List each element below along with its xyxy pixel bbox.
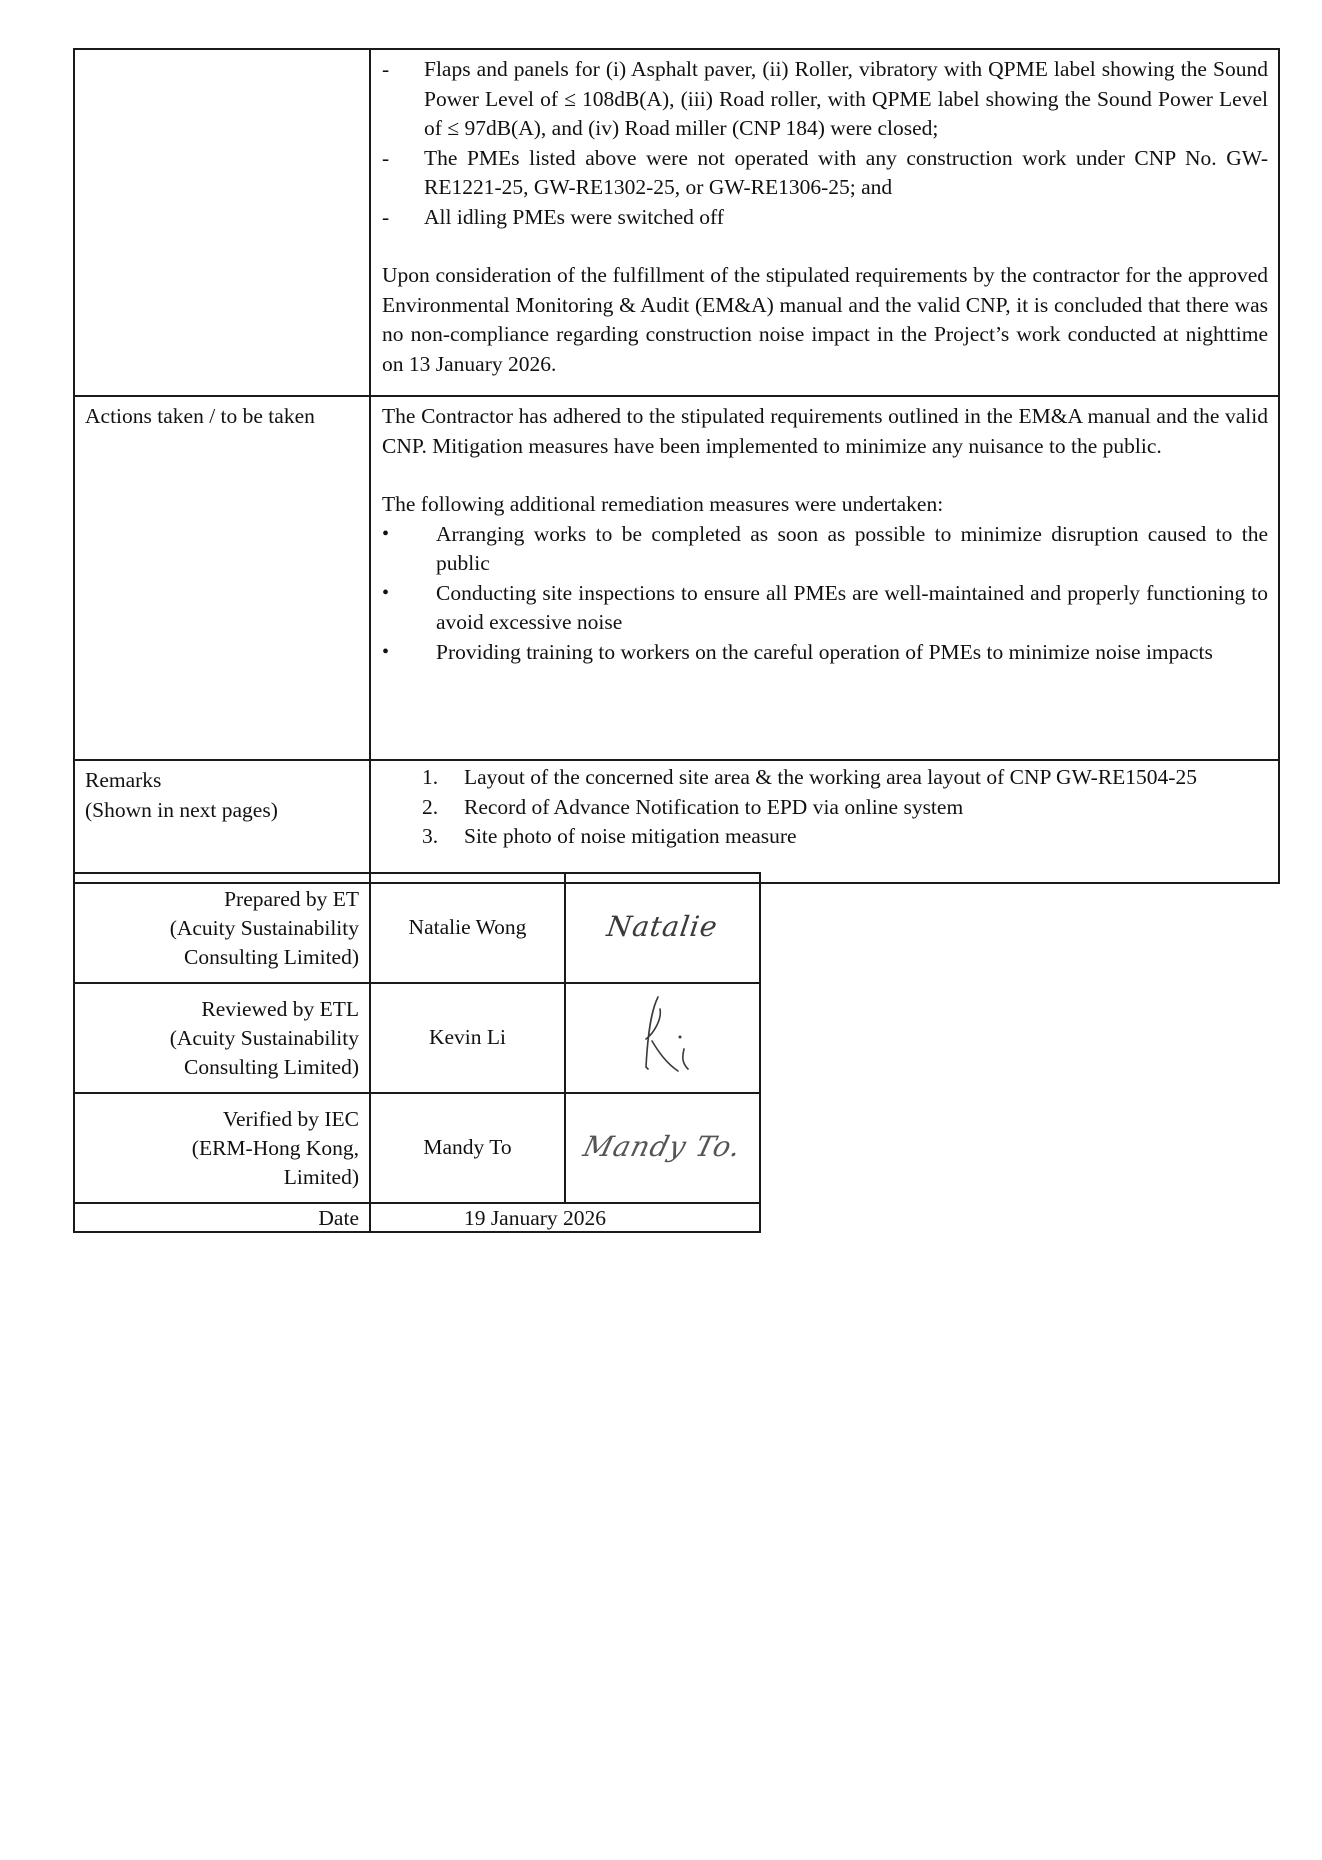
dash-marker: - [382,55,402,85]
remediation-list: •Arranging works to be completed as soon… [382,520,1268,668]
list-item: 2.Record of Advance Notification to EPD … [382,793,1268,823]
handwritten-signature: Mandy To. [580,1132,744,1162]
findings-list: -Flaps and panels for (i) Asphalt paver,… [382,55,1268,232]
signatory-name: Kevin Li [370,983,565,1093]
date-value: 19 January 2026 [370,1203,760,1232]
remarks-list: 1.Layout of the concerned site area & th… [382,763,1268,852]
list-item: -Flaps and panels for (i) Asphalt paver,… [382,55,1268,144]
findings-content-cell: -Flaps and panels for (i) Asphalt paver,… [370,49,1279,396]
remarks-sublabel: (Shown in next pages) [85,796,359,826]
list-item: 3.Site photo of noise mitigation measure [382,822,1268,852]
signature-cell: Mandy To. [565,1093,760,1203]
handwritten-signature: Natalie [605,912,720,942]
list-item: 1.Layout of the concerned site area & th… [382,763,1268,793]
list-item: •Providing training to workers on the ca… [382,638,1268,668]
list-item: •Conducting site inspections to ensure a… [382,579,1268,638]
bullet-icon: • [382,579,402,609]
report-table: -Flaps and panels for (i) Asphalt paver,… [73,48,1280,884]
actions-row: Actions taken / to be taken The Contract… [74,396,1279,760]
prepared-by-row: Prepared by ET (Acuity Sustainability Co… [74,873,760,983]
role-cell: Reviewed by ETL (Acuity Sustainability C… [74,983,370,1093]
dash-marker: - [382,144,402,174]
remediation-heading: The following additional remediation mea… [382,490,1268,520]
list-item: -All idling PMEs were switched off [382,203,1268,233]
list-item: -The PMEs listed above were not operated… [382,144,1268,203]
signatory-name: Natalie Wong [370,873,565,983]
signature-cell: Natalie [565,873,760,983]
date-row: Date 19 January 2026 [74,1203,760,1232]
handwritten-signature-icon [618,989,708,1079]
verified-by-row: Verified by IEC (ERM-Hong Kong, Limited)… [74,1093,760,1203]
findings-label-cell [74,49,370,396]
conclusion-paragraph: Upon consideration of the fulfillment of… [382,261,1268,379]
signature-table: Prepared by ET (Acuity Sustainability Co… [73,872,761,1233]
remarks-label-cell: Remarks (Shown in next pages) [74,760,370,883]
bullet-icon: • [382,520,402,550]
signatory-name: Mandy To [370,1093,565,1203]
actions-intro-paragraph: The Contractor has adhered to the stipul… [382,402,1268,461]
document-page: -Flaps and panels for (i) Asphalt paver,… [0,0,1322,1860]
remarks-row: Remarks (Shown in next pages) 1.Layout o… [74,760,1279,883]
remarks-label: Remarks [85,766,359,796]
actions-label: Actions taken / to be taken [85,404,315,428]
actions-content-cell: The Contractor has adhered to the stipul… [370,396,1279,760]
reviewed-by-row: Reviewed by ETL (Acuity Sustainability C… [74,983,760,1093]
bullet-icon: • [382,638,402,668]
role-cell: Verified by IEC (ERM-Hong Kong, Limited) [74,1093,370,1203]
dash-marker: - [382,203,402,233]
findings-row: -Flaps and panels for (i) Asphalt paver,… [74,49,1279,396]
date-label: Date [74,1203,370,1232]
list-item: •Arranging works to be completed as soon… [382,520,1268,579]
remarks-content-cell: 1.Layout of the concerned site area & th… [370,760,1279,883]
signature-cell [565,983,760,1093]
role-cell: Prepared by ET (Acuity Sustainability Co… [74,873,370,983]
actions-label-cell: Actions taken / to be taken [74,396,370,760]
